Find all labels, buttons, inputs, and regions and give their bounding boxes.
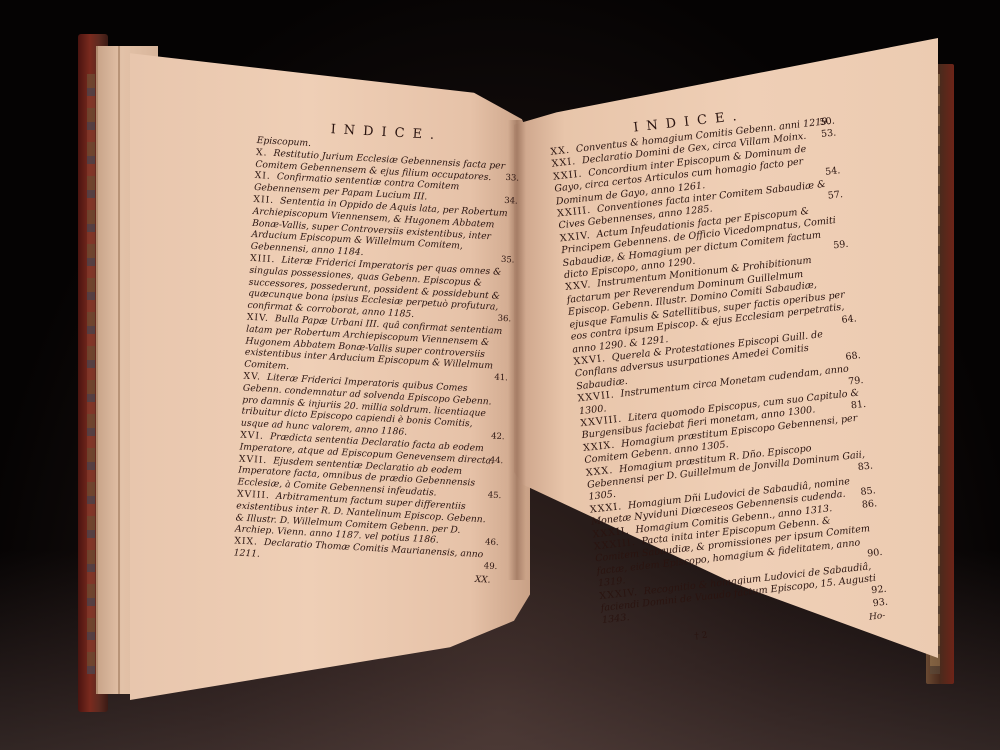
entry-page: 44.: [489, 455, 503, 468]
entry-page: 64.: [841, 313, 857, 327]
entry-page: 79.: [848, 374, 864, 388]
signature-mark: † 2: [694, 631, 708, 642]
entry-number: XIII.: [250, 253, 276, 265]
entry-number: XII.: [253, 194, 274, 206]
entry-number: XI.: [254, 170, 271, 182]
entry-page: 41.: [494, 373, 508, 386]
entry-title: Literæ Friderici Imperatoris per quas om…: [247, 255, 501, 321]
entry-number: XIX.: [234, 535, 258, 547]
entry-page: 36.: [497, 314, 511, 327]
entry-number: X.: [256, 147, 268, 159]
entry-page: 57.: [827, 190, 843, 204]
entry-title: Literæ Friderici Imperatoris quibus Come…: [241, 372, 492, 438]
entry-page: 46.: [485, 538, 499, 551]
entry-number: XV.: [243, 371, 261, 383]
entry-page: 35.: [501, 255, 515, 268]
entry-number: XVIII.: [237, 488, 271, 501]
entry-page: 34.: [504, 196, 518, 209]
entry-number: XXI.: [551, 157, 577, 171]
entry-number: XIV.: [247, 312, 270, 324]
entry-number: XX.: [550, 145, 571, 158]
catchword: XX.: [475, 575, 491, 586]
catchword: Ho-: [869, 611, 886, 623]
entry-page: 86.: [861, 498, 877, 512]
entry-page: 42.: [491, 432, 505, 445]
entry-number: XVI.: [240, 429, 264, 441]
entry-page: 33.: [505, 173, 519, 186]
entry-page: 68.: [845, 350, 861, 364]
entry-number: XVII.: [239, 453, 268, 466]
left-page-text: INDICE. Episcopum. X.Restitutio Jurium E…: [233, 118, 516, 585]
entry-page: 54.: [825, 165, 841, 179]
entry-page: 45.: [487, 491, 501, 504]
entry-page: 81.: [850, 399, 866, 413]
entry-page: 49.: [483, 561, 497, 574]
entry-page: 90.: [867, 547, 883, 561]
entry-page: 83.: [857, 461, 873, 475]
entry-page: 53.: [820, 128, 836, 142]
entry-page: 59.: [833, 239, 849, 253]
right-page-text: INDICE. XX.Conventus & homagium Comitis …: [548, 99, 886, 652]
